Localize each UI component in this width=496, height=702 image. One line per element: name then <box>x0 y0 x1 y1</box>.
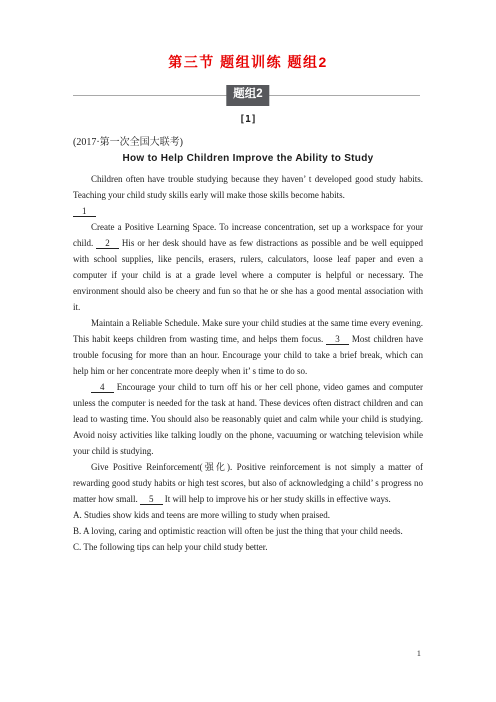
group-divider: 题组2 <box>0 85 496 106</box>
blank-4: 4 <box>91 382 114 393</box>
group-badge: 题组2 <box>226 85 269 106</box>
blank-1: 1 <box>73 206 96 217</box>
passage-paragraph: Maintain a Reliable Schedule. Make sure … <box>73 315 423 379</box>
blank-3: 3 <box>326 334 349 345</box>
option-a: A. Studies show kids and teens are more … <box>73 507 423 523</box>
passage-paragraph: Create a Positive Learning Space. To inc… <box>73 219 423 315</box>
passage-title: How to Help Children Improve the Ability… <box>0 153 496 164</box>
source-line: (2017·第一次全国大联考) <box>73 133 423 148</box>
passage-text: Children often have trouble studying bec… <box>73 174 423 200</box>
option-c: C. The following tips can help your chil… <box>73 539 423 555</box>
worksheet-page: 第三节 题组训练 题组2 题组2 [1] (2017·第一次全国大联考) How… <box>0 0 496 702</box>
passage-paragraph: 1 <box>73 203 423 219</box>
section-title: 第三节 题组训练 题组2 <box>0 0 496 72</box>
passage-paragraph: 4 Encourage your child to turn off his o… <box>73 379 423 459</box>
page-number: 1 <box>417 648 421 658</box>
passage-text: His or her desk should have as few distr… <box>73 238 423 312</box>
option-b: B. A loving, caring and optimistic react… <box>73 523 423 539</box>
passage-text: Encourage your child to turn off his or … <box>73 382 423 456</box>
passage-paragraph: Children often have trouble studying bec… <box>73 171 423 203</box>
blank-2: 2 <box>96 238 119 249</box>
passage-paragraph: Give Positive Reinforcement(强化). Positiv… <box>73 459 423 507</box>
passage-body: Children often have trouble studying bec… <box>73 171 423 555</box>
blank-5: 5 <box>140 494 163 505</box>
passage-text: It will help to improve his or her study… <box>163 494 391 504</box>
exercise-marker: [1] <box>0 114 496 125</box>
